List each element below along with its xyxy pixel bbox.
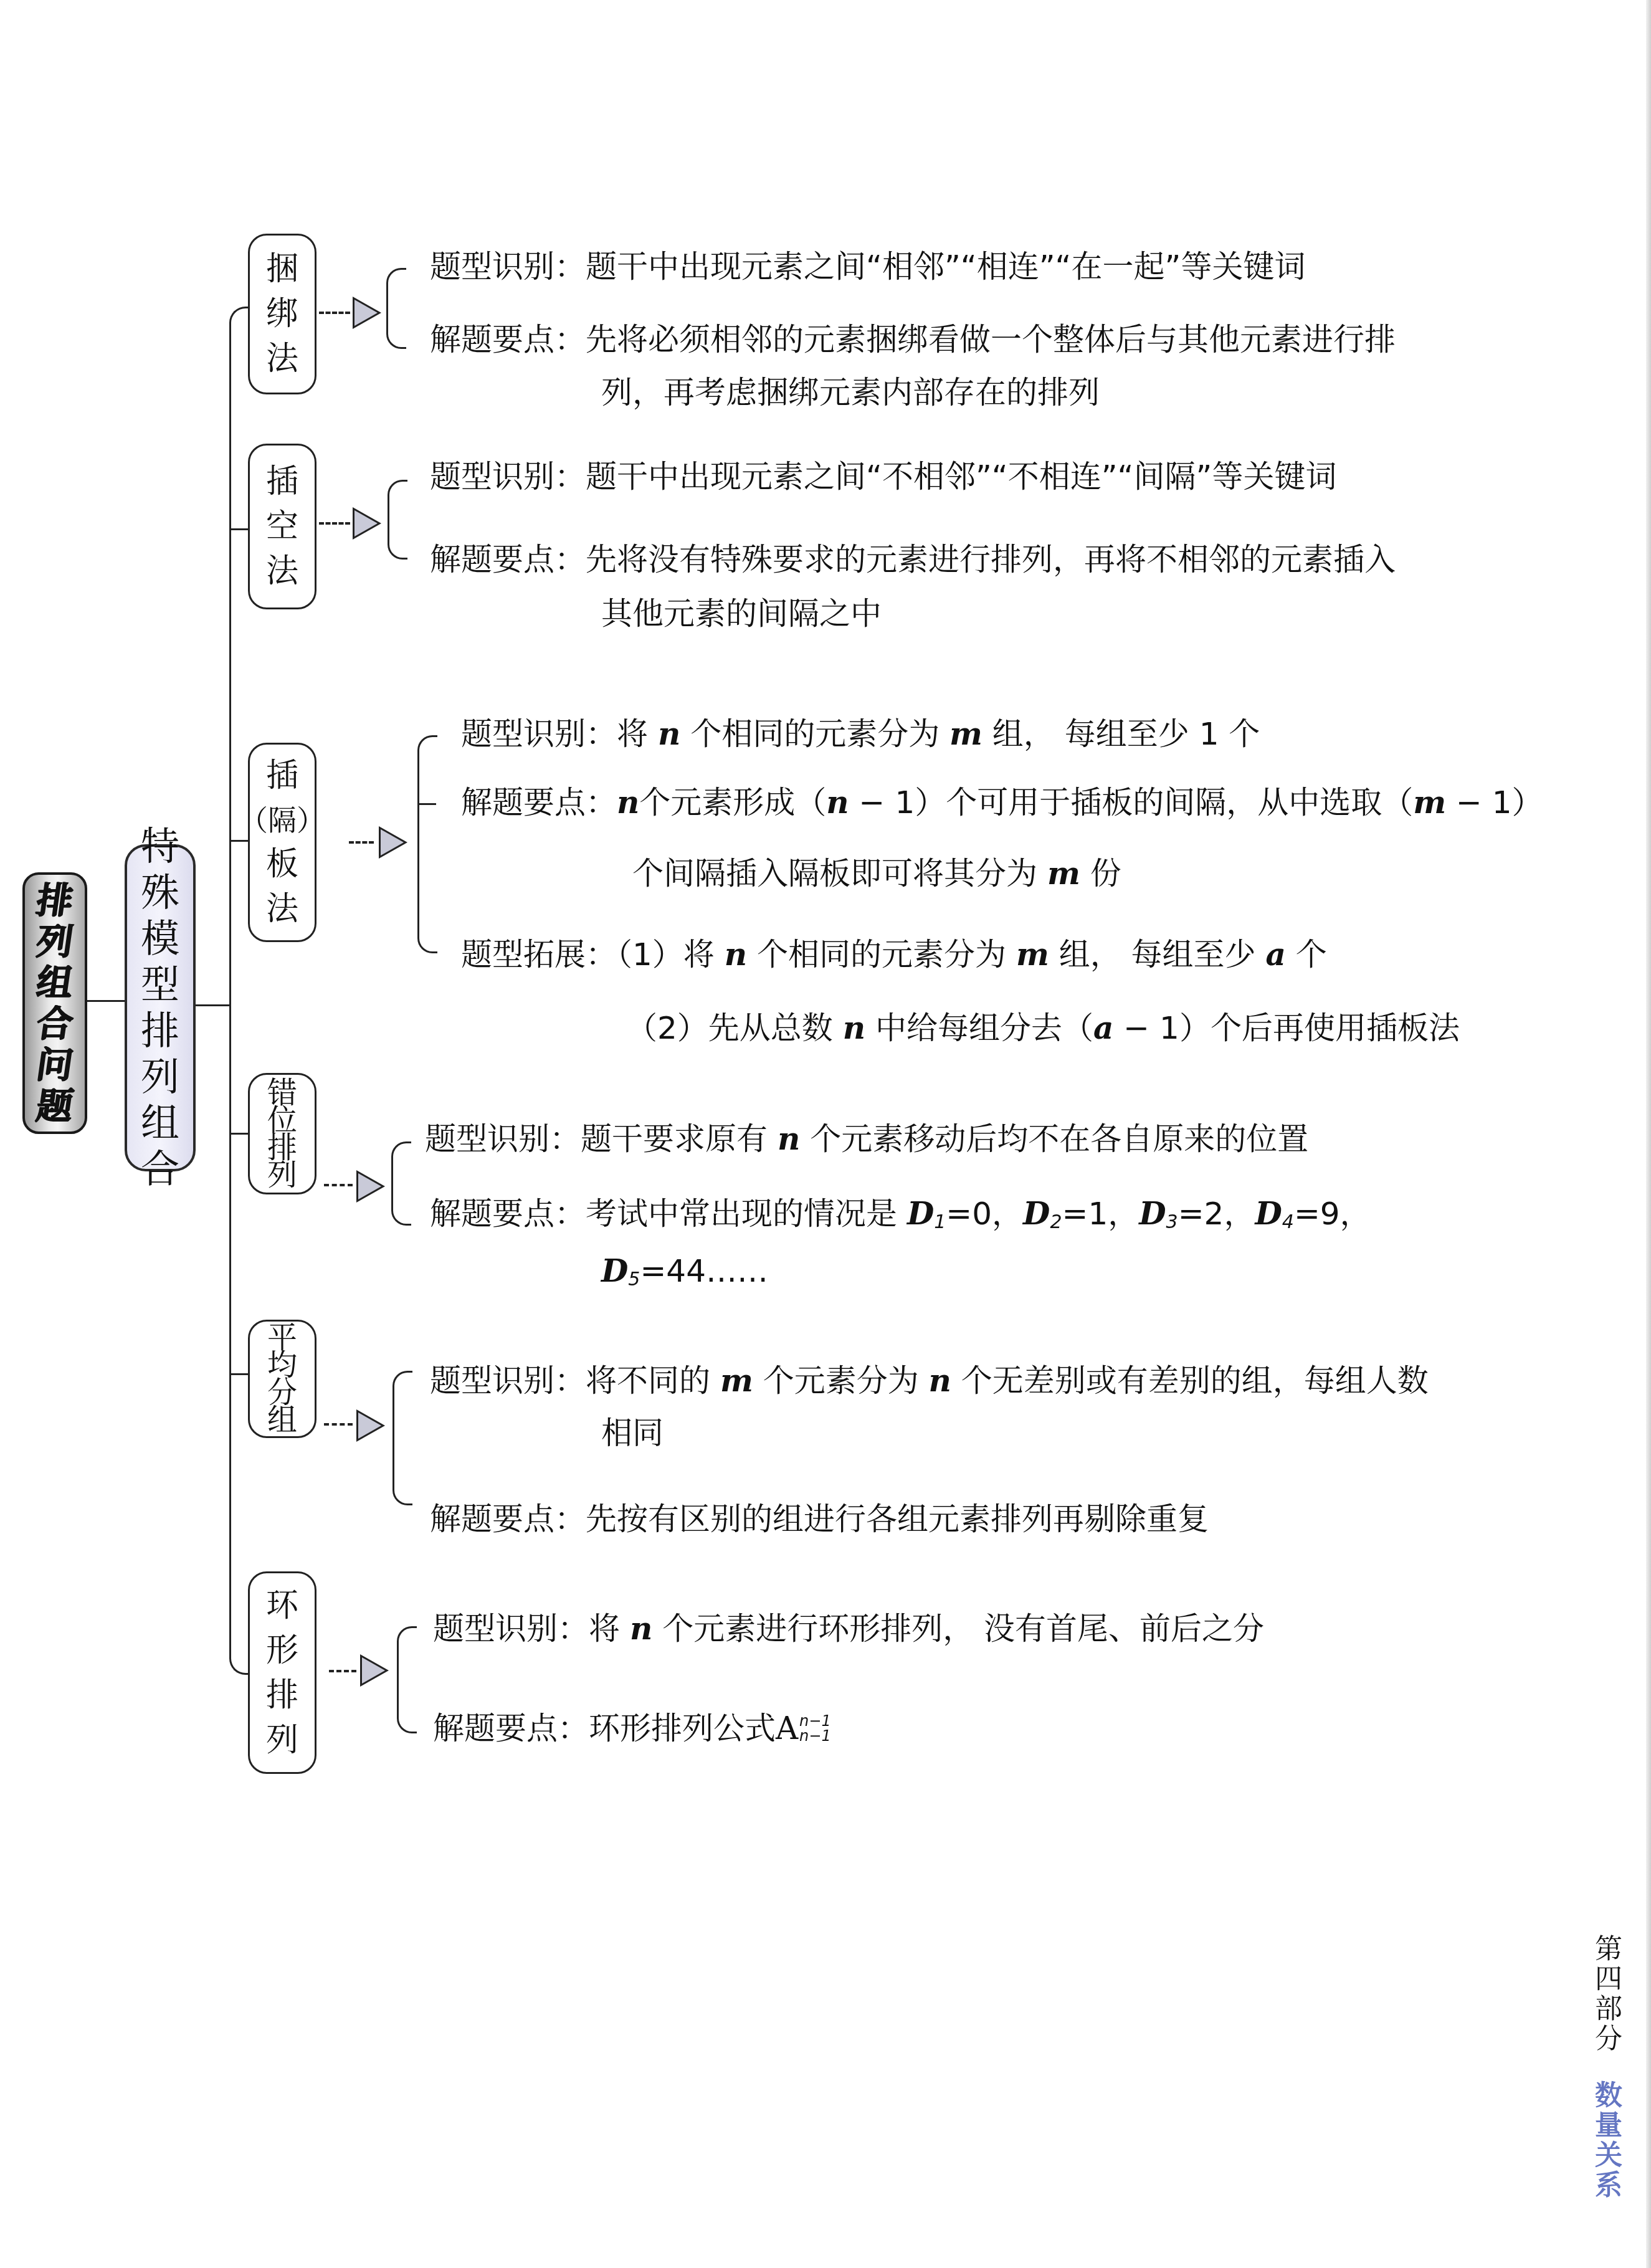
bracket bbox=[386, 268, 406, 349]
branch-char: 环 bbox=[266, 1583, 298, 1628]
dashed-connector bbox=[349, 841, 374, 844]
math-var: n bbox=[929, 1362, 951, 1399]
math-val: =1， bbox=[1062, 1196, 1140, 1232]
text-part: 个元素进行环形排列， 没有首尾、前后之分 bbox=[652, 1611, 1264, 1647]
branch-char: 列 bbox=[266, 1718, 298, 1763]
section-char: 量 bbox=[1595, 2111, 1622, 2141]
identify-label: 题型识别： bbox=[430, 249, 586, 285]
keypoints-text: 解题要点：先按有区别的组进行各组元素排列再剔除重复 bbox=[430, 1500, 1209, 1538]
text-part: 个元素移动后均不在各自原来的位置 bbox=[800, 1121, 1308, 1157]
category-char: 特 bbox=[141, 824, 179, 870]
part-char: 第 bbox=[1595, 1935, 1622, 1965]
math-var: D bbox=[907, 1195, 934, 1232]
math-var: n bbox=[617, 784, 639, 821]
branch-connector bbox=[231, 528, 249, 530]
bracket bbox=[388, 480, 407, 560]
dashed-connector bbox=[324, 1184, 353, 1186]
text-part: 考试中常出现的情况是 bbox=[586, 1196, 907, 1232]
text-part: 组， 每组至少 1 个 bbox=[983, 716, 1260, 752]
keypoints-text-line2: 其他元素的间隔之中 bbox=[601, 595, 882, 632]
bracket-tick bbox=[417, 803, 436, 805]
part-char: 部 bbox=[1595, 1994, 1622, 2024]
math-sub: 2 bbox=[1050, 1211, 1062, 1233]
branch-char: （隔） bbox=[239, 798, 325, 842]
branch-node-bundling: 捆 绑 法 bbox=[248, 234, 316, 394]
branch-char: 法 bbox=[266, 336, 298, 381]
branch-char: 空 bbox=[266, 504, 298, 549]
root-char: 排 bbox=[34, 880, 75, 921]
branch-char: 法 bbox=[266, 549, 298, 594]
keypoints-value: 先按有区别的组进行各组元素排列再剔除重复 bbox=[586, 1501, 1209, 1537]
branch-connector bbox=[231, 1373, 249, 1375]
branch-char: 形 bbox=[266, 1628, 298, 1673]
triangle-arrow-fill bbox=[358, 1413, 381, 1439]
math-val: =44…… bbox=[640, 1253, 768, 1289]
root-char: 组 bbox=[34, 962, 75, 1003]
triangle-arrow-fill bbox=[354, 300, 378, 326]
root-char: 合 bbox=[34, 1003, 75, 1044]
branch-char: 插 bbox=[266, 459, 298, 504]
identify-text: 题型识别：题干中出现元素之间“相邻”“相连”“在一起”等关键词 bbox=[430, 248, 1305, 285]
math-var: D bbox=[601, 1252, 628, 1289]
branch-node-divider-method: 插 （隔） 板 法 bbox=[248, 743, 316, 942]
triangle-arrow-fill bbox=[358, 1173, 381, 1199]
math-val: =0， bbox=[946, 1196, 1023, 1232]
math-var: n bbox=[658, 715, 680, 752]
branch-char: 绑 bbox=[266, 292, 298, 336]
keypoints-text-line2: 个间隔插入隔板即可将其分为 m 份 bbox=[632, 855, 1121, 892]
text-part: 个间隔插入隔板即可将其分为 bbox=[632, 855, 1047, 892]
text-part: 个无差别或有差别的组，每组人数 bbox=[951, 1363, 1429, 1399]
branch-char: 捆 bbox=[266, 247, 298, 292]
identify-text: 题型识别：将不同的 m 个元素分为 n 个无差别或有差别的组，每组人数 bbox=[430, 1362, 1429, 1399]
dashed-connector bbox=[324, 1423, 353, 1426]
text-part: 将 bbox=[589, 1611, 630, 1647]
triangle-arrow-fill bbox=[381, 829, 404, 855]
category-char: 合 bbox=[141, 1146, 179, 1193]
math-var: n bbox=[630, 1610, 652, 1647]
text-part: （1）将 bbox=[617, 936, 725, 973]
extension-text: 题型拓展：（1）将 n 个相同的元素分为 m 组， 每组至少 a 个 bbox=[461, 936, 1327, 973]
text-part: 个 bbox=[1286, 936, 1327, 973]
text-part: − 1）个可用于插板的间隔，从中选取（ bbox=[849, 784, 1414, 821]
branch-char: 组 bbox=[267, 1406, 297, 1434]
keypoints-text-line2: D5=44…… bbox=[601, 1252, 768, 1298]
text-part: （2）先从总数 bbox=[626, 1010, 843, 1046]
extension-label: 题型拓展： bbox=[461, 936, 617, 973]
math-var: n bbox=[725, 936, 747, 973]
category-char: 组 bbox=[141, 1100, 179, 1146]
math-sub: 4 bbox=[1282, 1211, 1294, 1233]
math-var: D bbox=[1139, 1195, 1166, 1232]
category-char: 型 bbox=[141, 962, 179, 1008]
text-part: − 1） bbox=[1446, 784, 1543, 821]
text-part: 将 bbox=[617, 716, 658, 752]
category-char: 模 bbox=[141, 916, 179, 962]
section-char: 系 bbox=[1595, 2171, 1622, 2201]
formula-base: A bbox=[776, 1710, 798, 1746]
spine-cap-bottom bbox=[229, 1655, 249, 1675]
section-label: 数 量 关 系 bbox=[1590, 2081, 1627, 2201]
spine-cap-top bbox=[229, 307, 249, 326]
math-var: m bbox=[1016, 936, 1049, 973]
dashed-connector bbox=[319, 312, 350, 314]
branch-node-equal-grouping: 平 均 分 组 bbox=[248, 1320, 316, 1438]
branch-char: 插 bbox=[266, 753, 298, 798]
part-char: 分 bbox=[1595, 2024, 1622, 2054]
root-char: 题 bbox=[34, 1085, 75, 1127]
math-var: n bbox=[843, 1009, 865, 1046]
category-char: 列 bbox=[141, 1054, 179, 1100]
keypoints-label: 解题要点： bbox=[433, 1710, 589, 1746]
identify-value: 题干中出现元素之间“相邻”“相连”“在一起”等关键词 bbox=[586, 249, 1305, 285]
text-part: 环形排列公式 bbox=[589, 1710, 776, 1746]
text-part: 个元素分为 bbox=[753, 1363, 929, 1399]
formula-sub: n−1 bbox=[799, 1728, 831, 1743]
bracket bbox=[391, 1141, 411, 1226]
category-node: 特 殊 模 型 排 列 组 合 bbox=[125, 844, 196, 1171]
math-var: n bbox=[826, 784, 849, 821]
math-sub: 3 bbox=[1166, 1211, 1178, 1233]
identify-text: 题型识别：将 n 个相同的元素分为 m 组， 每组至少 1 个 bbox=[461, 715, 1260, 753]
section-char: 数 bbox=[1595, 2081, 1622, 2111]
dashed-connector bbox=[329, 1670, 356, 1672]
keypoints-label: 解题要点： bbox=[430, 1501, 586, 1537]
part-char: 四 bbox=[1595, 1965, 1622, 1994]
category-char: 殊 bbox=[141, 870, 179, 916]
keypoints-text-line2: 列，再考虑捆绑元素内部存在的排列 bbox=[601, 374, 1100, 411]
keypoints-value: 先将必须相邻的元素捆绑看做一个整体后与其他元素进行排 bbox=[586, 322, 1396, 358]
keypoints-text: 解题要点：先将没有特殊要求的元素进行排列，再将不相邻的元素插入 bbox=[430, 541, 1396, 578]
connector-root-category bbox=[87, 1000, 125, 1002]
text-part: 组， 每组至少 bbox=[1049, 936, 1266, 973]
branch-char: 位 bbox=[267, 1107, 297, 1134]
category-char: 排 bbox=[141, 1008, 179, 1054]
part-label: 第 四 部 分 bbox=[1590, 1935, 1627, 2054]
branch-char: 排 bbox=[267, 1134, 297, 1161]
branch-char: 板 bbox=[266, 842, 298, 887]
text-part: 题干要求原有 bbox=[581, 1121, 778, 1157]
text-part: − 1）个后再使用插板法 bbox=[1113, 1010, 1460, 1046]
formula-indices: n−1n−1 bbox=[799, 1713, 831, 1743]
identify-text: 题型识别：题干要求原有 n 个元素移动后均不在各自原来的位置 bbox=[425, 1120, 1308, 1158]
root-char: 问 bbox=[34, 1044, 75, 1085]
math-var: m bbox=[720, 1362, 753, 1399]
keypoints-value: 先将没有特殊要求的元素进行排列，再将不相邻的元素插入 bbox=[586, 541, 1396, 578]
permutation-formula: An−1n−1 bbox=[776, 1710, 831, 1747]
bracket bbox=[417, 735, 437, 953]
math-var: m bbox=[949, 715, 983, 752]
formula-sup: n−1 bbox=[799, 1713, 831, 1728]
text-part: 个元素形成（ bbox=[639, 784, 826, 821]
keypoints-label: 解题要点： bbox=[461, 784, 617, 821]
text-part: 个相同的元素分为 bbox=[680, 716, 949, 752]
branch-char: 列 bbox=[267, 1161, 297, 1189]
branch-char: 法 bbox=[266, 887, 298, 931]
identify-label: 题型识别： bbox=[461, 716, 617, 752]
bracket bbox=[393, 1371, 412, 1505]
math-var: a bbox=[1265, 936, 1285, 973]
section-char: 关 bbox=[1595, 2141, 1622, 2171]
branch-node-derangement: 错 位 排 列 bbox=[248, 1073, 316, 1194]
keypoints-label: 解题要点： bbox=[430, 541, 586, 578]
connector-category-spine bbox=[196, 1004, 231, 1006]
identify-text: 题型识别：题干中出现元素之间“不相邻”“不相连”“间隔”等关键词 bbox=[430, 458, 1336, 495]
identify-label: 题型识别： bbox=[430, 459, 586, 495]
triangle-arrow-fill bbox=[362, 1657, 385, 1684]
text-part: 将不同的 bbox=[586, 1363, 720, 1399]
identify-value: 题干中出现元素之间“不相邻”“不相连”“间隔”等关键词 bbox=[586, 459, 1336, 495]
keypoints-text: 解题要点：考试中常出现的情况是 D1=0，D2=1，D3=2，D4=9， bbox=[430, 1195, 1371, 1241]
math-var: n bbox=[778, 1120, 800, 1157]
triangle-arrow-fill bbox=[354, 510, 378, 536]
identify-label: 题型识别： bbox=[433, 1611, 589, 1647]
spine-line bbox=[229, 324, 231, 1657]
math-var: m bbox=[1413, 784, 1446, 821]
branch-node-circular-permutation: 环 形 排 列 bbox=[248, 1571, 316, 1774]
text-part: 中给每组分去（ bbox=[865, 1010, 1093, 1046]
keypoints-label: 解题要点： bbox=[430, 322, 586, 358]
keypoints-text: 解题要点：n个元素形成（n − 1）个可用于插板的间隔，从中选取（m − 1） bbox=[461, 784, 1543, 821]
math-val: =2， bbox=[1178, 1196, 1255, 1232]
math-var: a bbox=[1093, 1009, 1113, 1046]
bracket bbox=[397, 1626, 417, 1733]
math-var: D bbox=[1255, 1195, 1282, 1232]
text-part: 份 bbox=[1080, 855, 1121, 892]
identify-label: 题型识别： bbox=[425, 1121, 581, 1157]
math-var: D bbox=[1023, 1195, 1050, 1232]
root-node: 排 列 组 合 问 题 bbox=[22, 872, 87, 1134]
math-val: =9， bbox=[1294, 1196, 1371, 1232]
branch-char: 错 bbox=[267, 1079, 297, 1107]
keypoints-text: 解题要点：先将必须相邻的元素捆绑看做一个整体后与其他元素进行排 bbox=[430, 321, 1396, 358]
dashed-connector bbox=[319, 522, 350, 525]
branch-node-gap-insertion: 插 空 法 bbox=[248, 444, 316, 609]
identify-text-line2: 相同 bbox=[601, 1414, 664, 1452]
math-var: m bbox=[1047, 855, 1080, 892]
root-char: 列 bbox=[34, 921, 75, 962]
math-sub: 1 bbox=[934, 1211, 946, 1233]
branch-connector bbox=[231, 1133, 249, 1135]
identify-label: 题型识别： bbox=[430, 1363, 586, 1399]
keypoints-text: 解题要点：环形排列公式An−1n−1 bbox=[433, 1710, 831, 1747]
extension-text-line2: （2）先从总数 n 中给每组分去（a − 1）个后再使用插板法 bbox=[626, 1009, 1460, 1047]
math-sub: 5 bbox=[628, 1269, 640, 1290]
keypoints-label: 解题要点： bbox=[430, 1196, 586, 1232]
branch-char: 排 bbox=[266, 1673, 298, 1718]
identify-text: 题型识别：将 n 个元素进行环形排列， 没有首尾、前后之分 bbox=[433, 1610, 1264, 1647]
page-edge bbox=[1646, 0, 1651, 2268]
text-part: 个相同的元素分为 bbox=[747, 936, 1016, 973]
